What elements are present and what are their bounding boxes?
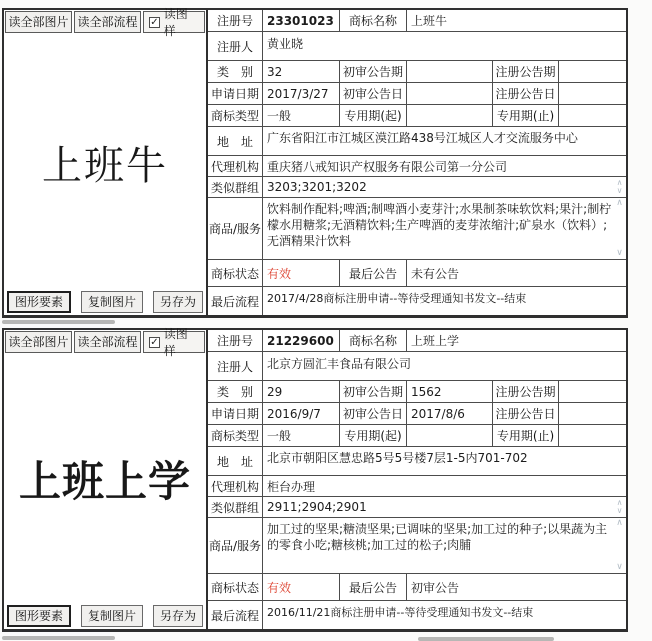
- value-reg-announce-date: [559, 403, 626, 424]
- copy-image-button[interactable]: 复制图片: [81, 291, 143, 313]
- value-address: 北京市朝阳区慧忠路5号5号楼7层1-5内701-702: [263, 447, 626, 475]
- graphic-elements-button[interactable]: 图形要素: [7, 291, 71, 313]
- value-address: 广东省阳江市江城区漠江路438号江城区人才交流服务中心: [263, 127, 626, 155]
- record-left-pane: 读全部图片 读全部流程 ✓ 读图样 上班上学 图形要素 复制图片 另存为: [4, 330, 206, 629]
- record-toolbar: 读全部图片 读全部流程 ✓ 读图样: [4, 10, 206, 34]
- value-tm-name: 上班上学: [407, 330, 626, 351]
- checkbox-check-icon: ✓: [149, 337, 160, 348]
- goods-services-scrollbar[interactable]: ∧∨: [614, 199, 625, 258]
- checkbox-check-icon: ✓: [149, 17, 160, 28]
- value-tm-status: 有效: [263, 260, 339, 286]
- record-footbar: 图形要素 复制图片 另存为: [4, 290, 206, 315]
- label-registrant: 注册人: [208, 352, 262, 380]
- trademark-image-text: 上班上学: [19, 449, 191, 509]
- label-apply-date: 申请日期: [208, 403, 262, 424]
- trademark-image: 上班牛: [4, 34, 206, 290]
- graphic-elements-button[interactable]: 图形要素: [7, 605, 71, 627]
- label-reg-no: 注册号: [208, 330, 262, 351]
- scroll-up-icon[interactable]: ∧: [616, 199, 623, 208]
- copy-image-button[interactable]: 复制图片: [81, 605, 143, 627]
- value-registrant: 北京方圆汇丰食品有限公司: [263, 352, 626, 380]
- value-reg-no: 23301023: [263, 10, 339, 31]
- value-category: 29: [263, 381, 339, 402]
- label-reg-no: 注册号: [208, 10, 262, 31]
- value-last-process: 2016/11/21商标注册申请--等待受理通知书发文--结束: [263, 601, 626, 629]
- value-exclusive-from: [407, 105, 492, 126]
- value-first-trial-date: 2017/8/6: [407, 403, 492, 424]
- trademark-image: 上班上学: [4, 354, 206, 604]
- similar-group-spinner[interactable]: ∧∨: [614, 177, 625, 197]
- partial-scrollbar-fragment: [418, 637, 554, 641]
- value-apply-date: 2017/3/27: [263, 83, 339, 104]
- value-similar-group: 3203;3201;3202 ∧∨: [263, 177, 626, 197]
- scroll-down-icon[interactable]: ∨: [617, 507, 623, 515]
- label-last-announce: 最后公告: [340, 574, 406, 600]
- read-sample-checkbox[interactable]: ✓ 读图样: [143, 331, 205, 353]
- save-as-button[interactable]: 另存为: [153, 605, 203, 627]
- goods-services-text: 加工过的坚果;糖渍坚果;已调味的坚果;加工过的种子;以果蔬为主的零食小吃;糖核桃…: [267, 521, 612, 553]
- label-tm-type: 商标类型: [208, 105, 262, 126]
- label-last-process: 最后流程: [208, 287, 262, 315]
- partial-scrollbar-fragment: [2, 636, 115, 640]
- value-reg-no: 21229600: [263, 330, 339, 351]
- value-tm-status: 有效: [263, 574, 339, 600]
- value-tm-type: 一般: [263, 425, 339, 446]
- record-detail-table: 注册号 21229600 商标名称 上班上学 注册人 北京方圆汇丰食品有限公司 …: [206, 330, 626, 629]
- label-first-trial-date: 初审公告日: [340, 403, 406, 424]
- record-footbar: 图形要素 复制图片 另存为: [4, 604, 206, 629]
- value-first-trial-date: [407, 83, 492, 104]
- trademark-image-text: 上班牛: [42, 134, 168, 191]
- value-exclusive-to: [559, 425, 626, 446]
- scroll-up-icon[interactable]: ∧: [616, 519, 623, 528]
- label-tm-name: 商标名称: [340, 10, 406, 31]
- value-exclusive-from: [407, 425, 492, 446]
- label-first-trial-period: 初审公告期: [340, 381, 406, 402]
- label-last-process: 最后流程: [208, 601, 262, 629]
- label-exclusive-to: 专用期(止): [493, 425, 558, 446]
- label-exclusive-from: 专用期(起): [340, 105, 406, 126]
- similar-group-text: 2911;2904;2901: [267, 500, 367, 514]
- value-apply-date: 2016/9/7: [263, 403, 339, 424]
- label-tm-status: 商标状态: [208, 260, 262, 286]
- value-goods-services: 加工过的坚果;糖渍坚果;已调味的坚果;加工过的种子;以果蔬为主的零食小吃;糖核桃…: [263, 518, 626, 573]
- label-agency: 代理机构: [208, 476, 262, 496]
- label-address: 地 址: [208, 127, 262, 155]
- label-last-announce: 最后公告: [340, 260, 406, 286]
- label-apply-date: 申请日期: [208, 83, 262, 104]
- similar-group-spinner[interactable]: ∧∨: [614, 497, 625, 517]
- value-last-announce: 初审公告: [407, 574, 626, 600]
- label-agency: 代理机构: [208, 156, 262, 176]
- value-agency: 重庆猪八戒知识产权服务有限公司第一分公司: [263, 156, 626, 176]
- read-all-images-button[interactable]: 读全部图片: [5, 11, 72, 33]
- partial-scrollbar-fragment: [2, 320, 115, 324]
- value-last-announce: 未有公告: [407, 260, 626, 286]
- label-tm-name: 商标名称: [340, 330, 406, 351]
- label-address: 地 址: [208, 447, 262, 475]
- scroll-down-icon[interactable]: ∨: [616, 249, 623, 258]
- read-all-process-button[interactable]: 读全部流程: [74, 331, 141, 353]
- value-tm-type: 一般: [263, 105, 339, 126]
- label-registrant: 注册人: [208, 32, 262, 60]
- goods-services-text: 饮料制作配料;啤酒;制啤酒小麦芽汁;水果制茶味软饮料;果汁;制柠檬水用糖浆;无酒…: [267, 201, 612, 249]
- trademark-record-panel-2: 读全部图片 读全部流程 ✓ 读图样 上班上学 图形要素 复制图片 另存为 注册号…: [2, 328, 628, 632]
- label-reg-announce-date: 注册公告日: [493, 403, 558, 424]
- label-first-trial-period: 初审公告期: [340, 61, 406, 82]
- value-exclusive-to: [559, 105, 626, 126]
- label-goods-services: 商品/服务: [208, 518, 262, 573]
- read-all-process-button[interactable]: 读全部流程: [74, 11, 141, 33]
- label-goods-services: 商品/服务: [208, 198, 262, 259]
- label-similar-group: 类似群组: [208, 177, 262, 197]
- read-sample-checkbox[interactable]: ✓ 读图样: [143, 11, 205, 33]
- goods-services-scrollbar[interactable]: ∧∨: [614, 519, 625, 572]
- value-first-trial-period: [407, 61, 492, 82]
- trademark-record-panel-1: 读全部图片 读全部流程 ✓ 读图样 上班牛 图形要素 复制图片 另存为 注册号 …: [2, 8, 628, 318]
- scroll-down-icon[interactable]: ∨: [616, 563, 623, 572]
- label-first-trial-date: 初审公告日: [340, 83, 406, 104]
- label-tm-type: 商标类型: [208, 425, 262, 446]
- value-reg-announce-period: [559, 381, 626, 402]
- value-first-trial-period: 1562: [407, 381, 492, 402]
- similar-group-text: 3203;3201;3202: [267, 180, 367, 194]
- value-similar-group: 2911;2904;2901 ∧∨: [263, 497, 626, 517]
- value-goods-services: 饮料制作配料;啤酒;制啤酒小麦芽汁;水果制茶味软饮料;果汁;制柠檬水用糖浆;无酒…: [263, 198, 626, 259]
- label-category: 类 别: [208, 61, 262, 82]
- label-exclusive-to: 专用期(止): [493, 105, 558, 126]
- record-detail-table: 注册号 23301023 商标名称 上班牛 注册人 黄业晓 类 别 32 初审公…: [206, 10, 626, 315]
- label-category: 类 别: [208, 381, 262, 402]
- label-reg-announce-date: 注册公告日: [493, 83, 558, 104]
- value-registrant: 黄业晓: [263, 32, 626, 60]
- label-reg-announce-period: 注册公告期: [493, 381, 558, 402]
- value-last-process: 2017/4/28商标注册申请--等待受理通知书发文--结束: [263, 287, 626, 315]
- save-as-button[interactable]: 另存为: [153, 291, 203, 313]
- read-all-images-button[interactable]: 读全部图片: [5, 331, 72, 353]
- value-reg-announce-date: [559, 83, 626, 104]
- value-reg-announce-period: [559, 61, 626, 82]
- record-toolbar: 读全部图片 读全部流程 ✓ 读图样: [4, 330, 206, 354]
- value-category: 32: [263, 61, 339, 82]
- label-exclusive-from: 专用期(起): [340, 425, 406, 446]
- value-agency: 柜台办理: [263, 476, 626, 496]
- value-tm-name: 上班牛: [407, 10, 626, 31]
- record-left-pane: 读全部图片 读全部流程 ✓ 读图样 上班牛 图形要素 复制图片 另存为: [4, 10, 206, 315]
- label-tm-status: 商标状态: [208, 574, 262, 600]
- label-reg-announce-period: 注册公告期: [493, 61, 558, 82]
- scroll-down-icon[interactable]: ∨: [617, 187, 623, 195]
- label-similar-group: 类似群组: [208, 497, 262, 517]
